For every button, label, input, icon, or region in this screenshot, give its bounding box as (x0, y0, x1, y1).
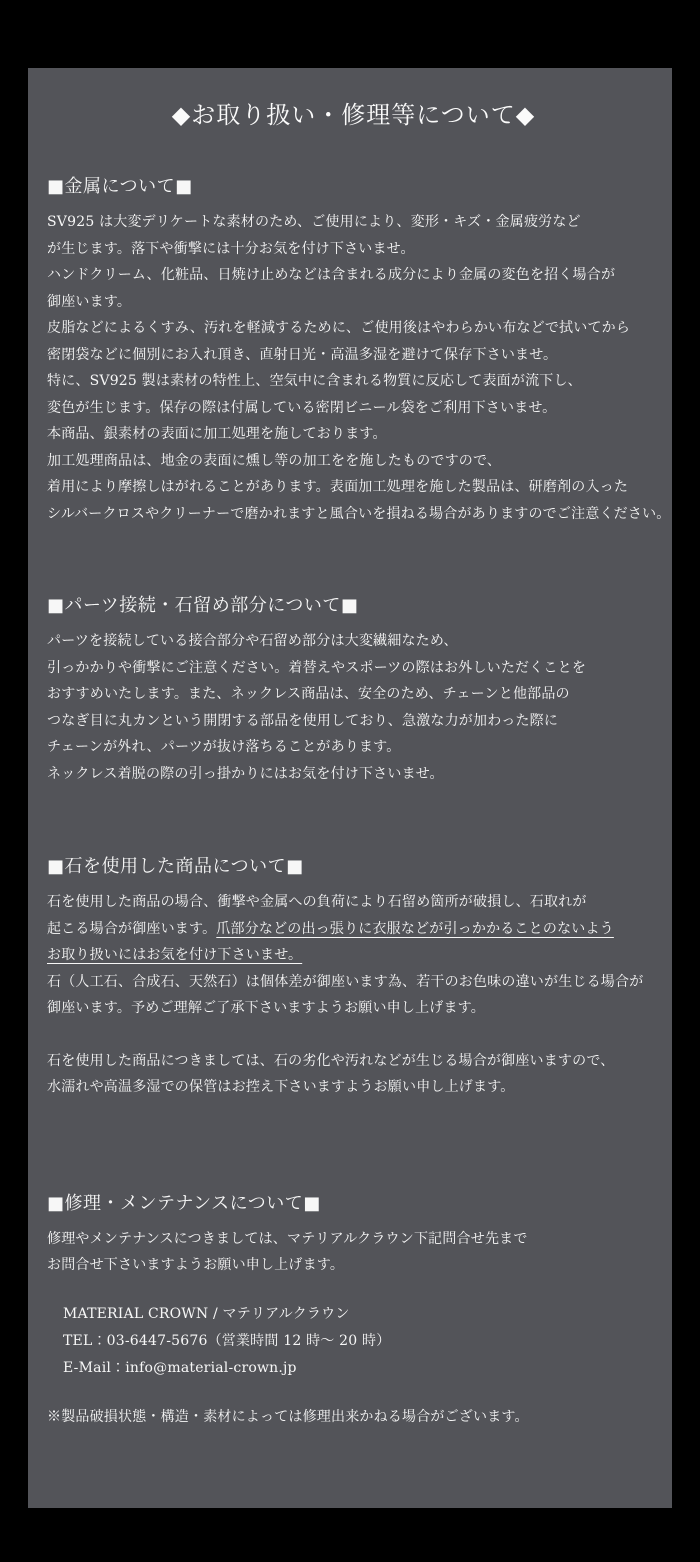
text-line: 皮脂などによるくすみ、汚れを軽減するために、ご使用後はやわらかい布などで拭いてか… (47, 315, 660, 342)
text-line: ハンドクリーム、化粧品、日焼け止めなどは含まれる成分により金属の変色を招く場合が (47, 262, 660, 289)
text-line-mixed: 起こる場合が御座います。爪部分などの出っ張りに衣服などが引っかかることのないよう (47, 916, 660, 943)
section-stone-products: ■石を使用した商品について■ 石を使用した商品の場合、衝撃や金属への負荷により石… (47, 854, 660, 1101)
text-segment: 起こる場合が御座います。 (47, 921, 216, 937)
section-repair-body: 修理やメンテナンスにつきましては、マテリアルクラウン下記問合せ先まで お問合せ下… (47, 1226, 660, 1279)
care-instructions-panel: ◆お取り扱い・修理等について◆ ■金属について■ SV925 は大変デリケートな… (28, 68, 672, 1508)
section-parts-heading: ■パーツ接続・石留め部分について■ (47, 593, 660, 619)
section-repair-heading: ■修理・メンテナンスについて■ (47, 1191, 660, 1217)
section-stone-paragraph-2: 石を使用した商品につきましては、石の劣化や汚れなどが生じる場合が御座いますので、… (47, 1048, 660, 1101)
text-line: 石（人工石、合成石、天然石）は個体差が御座います為、若干のお色味の違いが生じる場… (47, 969, 660, 996)
text-line: 水濡れや高温多湿での保管はお控え下さいますようお願い申し上げます。 (47, 1074, 660, 1101)
text-line: パーツを接続している接合部分や石留め部分は大変繊細なため、 (47, 628, 660, 655)
underlined-text-segment: 爪部分などの出っ張りに衣服などが引っかかることのないよう (216, 921, 614, 937)
contact-info-block: MATERIAL CROWN / マテリアルクラウン TEL：03-6447-5… (63, 1301, 660, 1382)
underlined-text-segment: お取り扱いにはお気を付け下さいませ。 (47, 947, 302, 963)
text-line: 石を使用した商品につきましては、石の劣化や汚れなどが生じる場合が御座いますので、 (47, 1048, 660, 1075)
section-repair-maintenance: ■修理・メンテナンスについて■ 修理やメンテナンスにつきましては、マテリアルクラ… (47, 1191, 660, 1431)
contact-company-name: MATERIAL CROWN / マテリアルクラウン (63, 1301, 660, 1328)
text-line: お問合せ下さいますようお願い申し上げます。 (47, 1252, 660, 1279)
text-line: ネックレス着脱の際の引っ掛かりにはお気を付け下さいませ。 (47, 761, 660, 788)
page-background: { "colors": { "page_bg": "#000000", "pan… (0, 0, 700, 1562)
text-line: 着用により摩擦しはがれることがあります。表面加工処理を施した製品は、研磨剤の入っ… (47, 474, 660, 501)
section-stone-body: 石を使用した商品の場合、衝撃や金属への負荷により石留め箇所が破損し、石取れが 起… (47, 889, 660, 1101)
text-line: 変色が生じます。保存の際は付属している密閉ビニール袋をご利用下さいませ。 (47, 395, 660, 422)
section-parts-body: パーツを接続している接合部分や石留め部分は大変繊細なため、 引っかかりや衝撃にご… (47, 628, 660, 787)
text-line: つなぎ目に丸カンという開閉する部品を使用しており、急激な力が加わった際に (47, 708, 660, 735)
text-line: チェーンが外れ、パーツが抜け落ちることがあります。 (47, 734, 660, 761)
text-line: 石を使用した商品の場合、衝撃や金属への負荷により石留め箇所が破損し、石取れが (47, 889, 660, 916)
section-stone-heading: ■石を使用した商品について■ (47, 854, 660, 880)
page-title: ◆お取り扱い・修理等について◆ (47, 98, 660, 132)
text-line: が生じます。落下や衝撃には十分お気を付け下さいませ。 (47, 236, 660, 263)
text-line: 加工処理商品は、地金の表面に燻し等の加工をを施したものですので、 (47, 448, 660, 475)
section-metal-heading: ■金属について■ (47, 174, 660, 200)
text-line: 本商品、銀素材の表面に加工処理を施しております。 (47, 421, 660, 448)
contact-phone: TEL：03-6447-5676（営業時間 12 時～ 20 時） (63, 1328, 660, 1355)
text-line: 密閉袋などに個別にお入れ頂き、直射日光・高温多湿を避けて保存下さいませ。 (47, 342, 660, 369)
text-line: シルバークロスやクリーナーで磨かれますと風合いを損ねる場合がありますのでご注意く… (47, 501, 660, 528)
text-line: 修理やメンテナンスにつきましては、マテリアルクラウン下記問合せ先まで (47, 1226, 660, 1253)
text-line: おすすめいたします。また、ネックレス商品は、安全のため、チェーンと他部品の (47, 681, 660, 708)
text-line: 御座います。 (47, 289, 660, 316)
text-line: SV925 は大変デリケートな素材のため、ご使用により、変形・キズ・金属疲労など (47, 209, 660, 236)
section-metal: ■金属について■ SV925 は大変デリケートな素材のため、ご使用により、変形・… (47, 174, 660, 527)
section-parts-connection: ■パーツ接続・石留め部分について■ パーツを接続している接合部分や石留め部分は大… (47, 593, 660, 787)
text-line: 特に、SV925 製は素材の特性上、空気中に含まれる物質に反応して表面が流下し、 (47, 368, 660, 395)
text-line: 御座います。予めご理解ご了承下さいますようお願い申し上げます。 (47, 995, 660, 1022)
contact-email: E-Mail：info@material-crown.jp (63, 1355, 660, 1382)
text-line: ※製品破損状態・構造・素材によっては修理出来かねる場合がございます。 (47, 1404, 660, 1431)
text-line: 引っかかりや衝撃にご注意ください。着替えやスポーツの際はお外しいただくことを (47, 655, 660, 682)
section-metal-body: SV925 は大変デリケートな素材のため、ご使用により、変形・キズ・金属疲労など… (47, 209, 660, 527)
text-line-underlined: お取り扱いにはお気を付け下さいませ。 (47, 942, 660, 969)
repair-disclaimer-note: ※製品破損状態・構造・素材によっては修理出来かねる場合がございます。 (47, 1404, 660, 1431)
